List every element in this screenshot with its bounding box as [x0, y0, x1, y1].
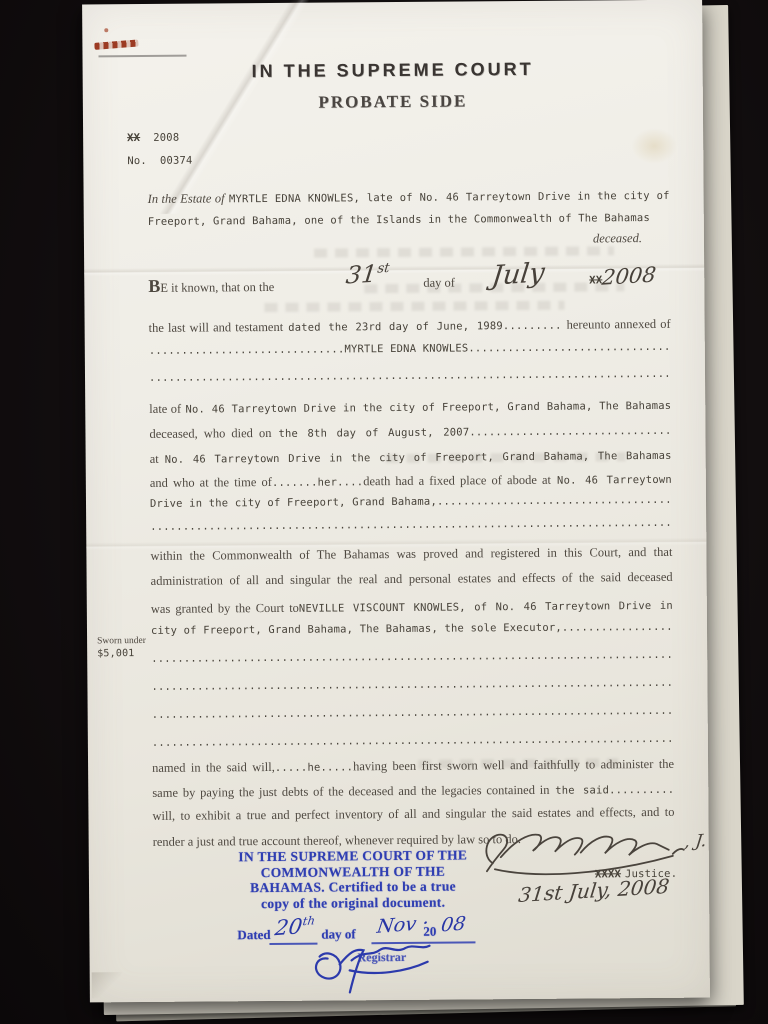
dotted-line: ........................................… [152, 733, 674, 749]
form-text: and who at the time of [150, 475, 272, 490]
abode-line-1: at No. 46 Tarreytown Drive in the city o… [150, 446, 672, 467]
deceased-name-dotted-line: ..............................MYRTLE EDN… [149, 341, 671, 357]
form-text: at [150, 452, 159, 466]
dotted-line: ........................................… [151, 649, 673, 665]
proved-line-1: within the Commonwealth of The Bahamas w… [150, 545, 672, 566]
form-text: the last will and testament [149, 320, 284, 335]
paper-stain [631, 128, 677, 164]
bleed-through-text [264, 301, 564, 312]
typed-text: the 8th day of August, 2007.............… [278, 425, 671, 440]
registrar-signature [305, 936, 435, 999]
form-text: named in the said will, [152, 760, 275, 775]
handwritten-justice-date: 31st July, 2008 [517, 874, 671, 907]
form-text: same by paying the just debts of the dec… [152, 783, 549, 800]
case-number: 00374 [160, 155, 193, 167]
red-ink-mark [94, 39, 138, 49]
certification-stamp-line: IN THE SUPREME COURT OF THE [207, 847, 499, 865]
dotted-fill: .............................. [149, 343, 345, 357]
form-text: late of [149, 402, 181, 416]
court-header-stamp: IN THE SUPREME COURT [83, 58, 703, 84]
typed-text: .......her.... [272, 476, 363, 489]
handwritten-month: July [490, 257, 546, 291]
form-text: hereunto annexed of [567, 317, 671, 332]
handwritten-day: 31st [344, 259, 390, 290]
day-number: 31 [344, 260, 378, 290]
late-of-line: late of No. 46 Tarreytown Drive in the c… [149, 396, 671, 417]
typed-text: No. 46 Tarreytown [557, 474, 672, 487]
typed-text: dated the 23rd day of June, 1989........… [288, 320, 561, 334]
sworn-line-2: same by paying the just debts of the dec… [152, 780, 674, 801]
corner-fold [92, 972, 122, 998]
certification-stamp-line: BAHAMAS. Certified to be a true [207, 878, 499, 896]
typed-text: No. 46 Tarreytown Drive in the city of F… [165, 450, 672, 466]
estate-line-1: In the Estate of MYRTLE EDNA KNOWLES, la… [148, 186, 670, 207]
red-ink-dot [104, 28, 108, 32]
case-number-line: No. 00374 [127, 155, 192, 168]
dotted-fill: ..................................... [437, 494, 672, 508]
typed-text: Drive in the city of Freeport, Grand Bah… [150, 496, 437, 510]
granted-line: was granted by the Court toNEVILLE VISCO… [151, 596, 673, 617]
case-number-label: No. [127, 155, 147, 167]
year-entry: XX2008 [589, 264, 656, 289]
day-ordinal: th [302, 913, 316, 928]
struck-out-text: XX [127, 132, 140, 144]
day-of-label: day of [423, 276, 455, 291]
dotted-line: ........................................… [152, 705, 674, 721]
probate-side-stamp: PROBATE SIDE [83, 90, 703, 115]
dotted-fill: ............................... [468, 341, 670, 355]
probate-document-page: IN THE SUPREME COURT PROBATE SIDE XX 200… [82, 0, 710, 1002]
pencil-line [98, 55, 186, 58]
death-date-line: deceased, who died on the 8th day of Aug… [149, 421, 671, 442]
margin-note-sworn-under: Sworn under [97, 636, 146, 646]
sworn-line-1: named in the said will,.....he.....havin… [152, 755, 674, 776]
estate-intro: In the Estate of [148, 191, 225, 206]
case-year: 2008 [153, 132, 179, 144]
executor-line: city of Freeport, Grand Bahama, The Baha… [151, 621, 673, 637]
abode-line-3: Drive in the city of Freeport, Grand Bah… [150, 494, 672, 510]
dotted-fill: ................... [562, 621, 673, 634]
be-it-known-text: E it known, that on the [160, 280, 274, 295]
estate-line-2: Freeport, Grand Bahama, one of the Islan… [148, 212, 670, 228]
typed-text: the said.......... [555, 784, 674, 797]
typed-text: city of Freeport, Grand Bahama, The Baha… [151, 622, 562, 637]
form-text: having been first sworn well and faithfu… [353, 757, 674, 774]
dotted-line: ........................................… [149, 368, 671, 384]
day-ordinal: st [376, 261, 390, 277]
proved-line-2: administration of all and singular the r… [151, 570, 673, 591]
day-number: 20 [273, 914, 303, 940]
form-text: deceased, who died on [149, 426, 271, 441]
typed-text: No. 46 Tarreytown Drive in the city of F… [185, 400, 671, 416]
justice-signature-suffix: , J. [683, 831, 707, 852]
dotted-line: ........................................… [150, 517, 672, 533]
margin-note-amount: $5,001 [97, 648, 134, 659]
certification-stamp-line: copy of the original document. [207, 894, 499, 912]
deceased-name: MYRTLE EDNA KNOWLES [344, 342, 468, 355]
typed-text: .....he..... [275, 761, 353, 774]
estate-name-address: MYRTLE EDNA KNOWLES, late of No. 46 Tarr… [229, 190, 670, 205]
dated-stamp-label: Dated [237, 927, 270, 943]
will-line: the last will and testament dated the 23… [149, 315, 671, 336]
form-text: death had a fixed place of abode at [363, 473, 551, 488]
form-text: was granted by the Court to [151, 601, 299, 616]
case-year-line: XX 2008 [127, 132, 179, 144]
abode-line-2: and who at the time of.......her....deat… [150, 470, 672, 491]
handwritten-dated-year: 08 [440, 913, 467, 937]
certification-stamp: IN THE SUPREME COURT OF THE COMMONWEALTH… [207, 847, 499, 911]
be-initial: B [148, 276, 160, 296]
handwritten-year: 2008 [601, 263, 658, 290]
dotted-line: ........................................… [151, 677, 673, 693]
sworn-line-3: will, to exhibit a true and perfect inve… [152, 805, 674, 826]
handwritten-dated-month: Nov · [376, 912, 430, 938]
oath-date-line: BE it known, that on the [148, 275, 274, 297]
